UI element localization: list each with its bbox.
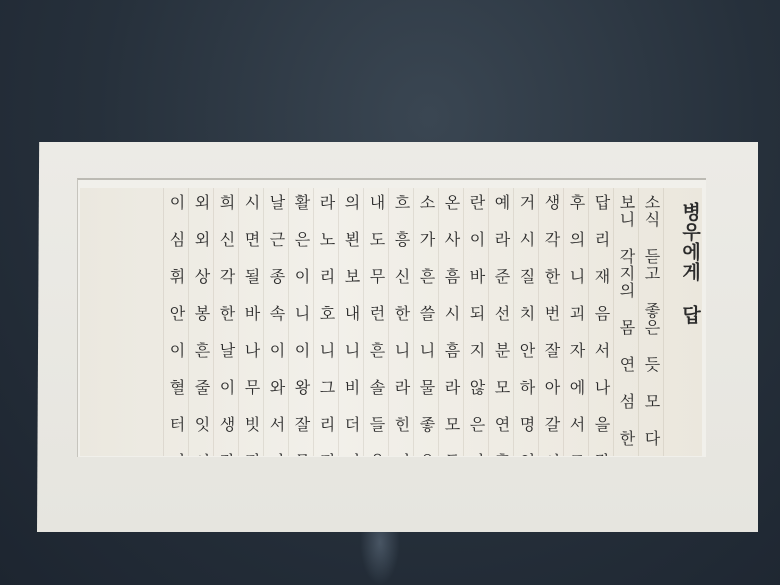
letter-column-3: 답 리 재 음 서 나 을 갑 제 후 한: [588, 188, 613, 456]
letter-column-15: 활 은 이 니 이 왕 잘 못 된 거 연 생 각 시: [288, 188, 313, 456]
letter-column-17: 시 면 될 바 나 무 빗 되 못 할 건 아 니 전: [238, 188, 263, 456]
letter-column-1: 소식 듣고 좋은 듯 모 다 살펴 보 니 다: [638, 188, 663, 456]
mat-window: 병우에게 답 소식 듣고 좋은 듯 모 다 살펴 보 니 다 보니 각지의 몸 …: [77, 178, 706, 457]
letter-column-5: 생 각 한 번 잘 아 갈 시 반 고 연 다: [538, 188, 563, 456]
letter-column-7: 예 라 준 선 분 모 연 후 개 비 에 온: [488, 188, 513, 456]
letter-column-12: 내 도 무 런 흔 솔 들 을 히 울 라 즉: [363, 188, 388, 456]
letter-column-18: 희 신 각 한 날 이 생 각 호 여 라 짐 에: [213, 188, 238, 456]
mat-board: 병우에게 답 소식 듣고 좋은 듯 모 다 살펴 보 니 다 보니 각지의 몸 …: [37, 142, 758, 532]
letter-column-19: 외 외 상 봉 흔 줄 잇 시 면 돈 갑 쉬 본 목: [188, 188, 213, 456]
letter-column-6: 거 시 질 치 안 하 명 인 날 호 시 어: [513, 188, 538, 456]
letter-column-14: 라 노 리 호 니 그 리 되 야 던 지 그 는 운 축: [313, 188, 338, 456]
letter-column-13: 의 뵌 보 내 니 비 더 이 고 초 오 기 니 한: [338, 188, 363, 456]
handwritten-letter: 병우에게 답 소식 듣고 좋은 듯 모 다 살펴 보 니 다 보니 각지의 몸 …: [80, 188, 702, 456]
letter-column-2: 보니 각지의 몸 연 섬 한 모 만 어: [613, 188, 638, 456]
letter-column-20: 이 심 휘 안 이 혈 터 이 니 부 되 옥 쉬 바: [163, 188, 188, 456]
letter-column-10: 소 가 흔 쓸 니 물 좋 은 어 린 것 더: [413, 188, 438, 456]
letter-column-11: 흐 흥 신 한 니 라 힌 이 라 사 흔 모: [388, 188, 413, 456]
letter-column-9: 온 사 흠 시 흠 라 모 든 별 할 유 넌 리: [438, 188, 463, 456]
letter-column-8: 란 이 바 되 지 않 은 나 마 두 르 중 어: [463, 188, 488, 456]
letter-title: 병우에게 답: [663, 188, 702, 456]
letter-column-4: 후 의 니 괴 자 에 서 모 연 후 난 나: [563, 188, 588, 456]
letter-column-16: 날 근 종 속 이 와 서 가 사 나 정 돈 호 니: [263, 188, 288, 456]
